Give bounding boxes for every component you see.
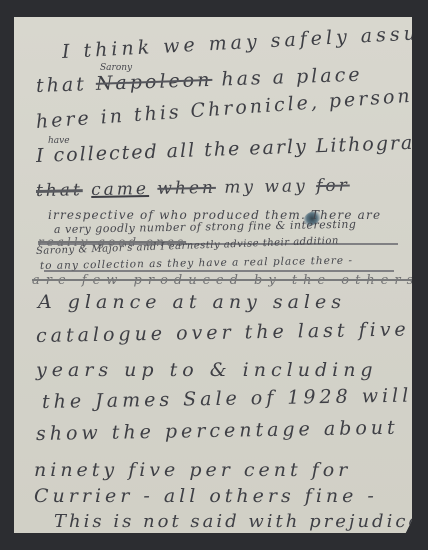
- text-line-9: the James Sale of 1928 will: [42, 385, 413, 413]
- strike-through: [44, 270, 394, 272]
- word: I: [36, 145, 46, 167]
- word: has a place: [221, 64, 363, 91]
- struck-line: are few produced by the others,: [32, 273, 428, 288]
- struck-word: when: [157, 178, 216, 199]
- text-line-4: I collected all the early Lithograph: [36, 131, 428, 167]
- text-line-11: ninety five per cent for: [34, 459, 351, 481]
- insertion-above: Sarony: [100, 63, 132, 73]
- text-line-7: catalogue over the last five: [36, 318, 410, 347]
- insertion-above: have: [48, 136, 70, 146]
- word: my way: [224, 176, 308, 197]
- text-line-12: Currier - all others fine -: [34, 485, 378, 507]
- word: collected all the early Lithograph: [53, 131, 428, 167]
- manuscript-page: I think we may safely assume that Napole…: [14, 17, 412, 533]
- text-line-10: show the percentage about: [36, 417, 399, 445]
- scanned-document: I think we may safely assume that Napole…: [0, 0, 428, 550]
- struck-word: that: [36, 180, 83, 201]
- struck-word: for: [316, 176, 350, 197]
- text-line-1: I think we may safely assume: [61, 20, 428, 63]
- text-line-5: that came when my way for: [36, 176, 350, 201]
- word: came: [91, 179, 149, 200]
- text-line-8: years up to & including: [36, 359, 378, 381]
- word: that: [36, 73, 88, 97]
- text-line-13: This is not said with prejudice: [54, 511, 422, 532]
- text-line-6: A glance at any sales: [38, 291, 346, 313]
